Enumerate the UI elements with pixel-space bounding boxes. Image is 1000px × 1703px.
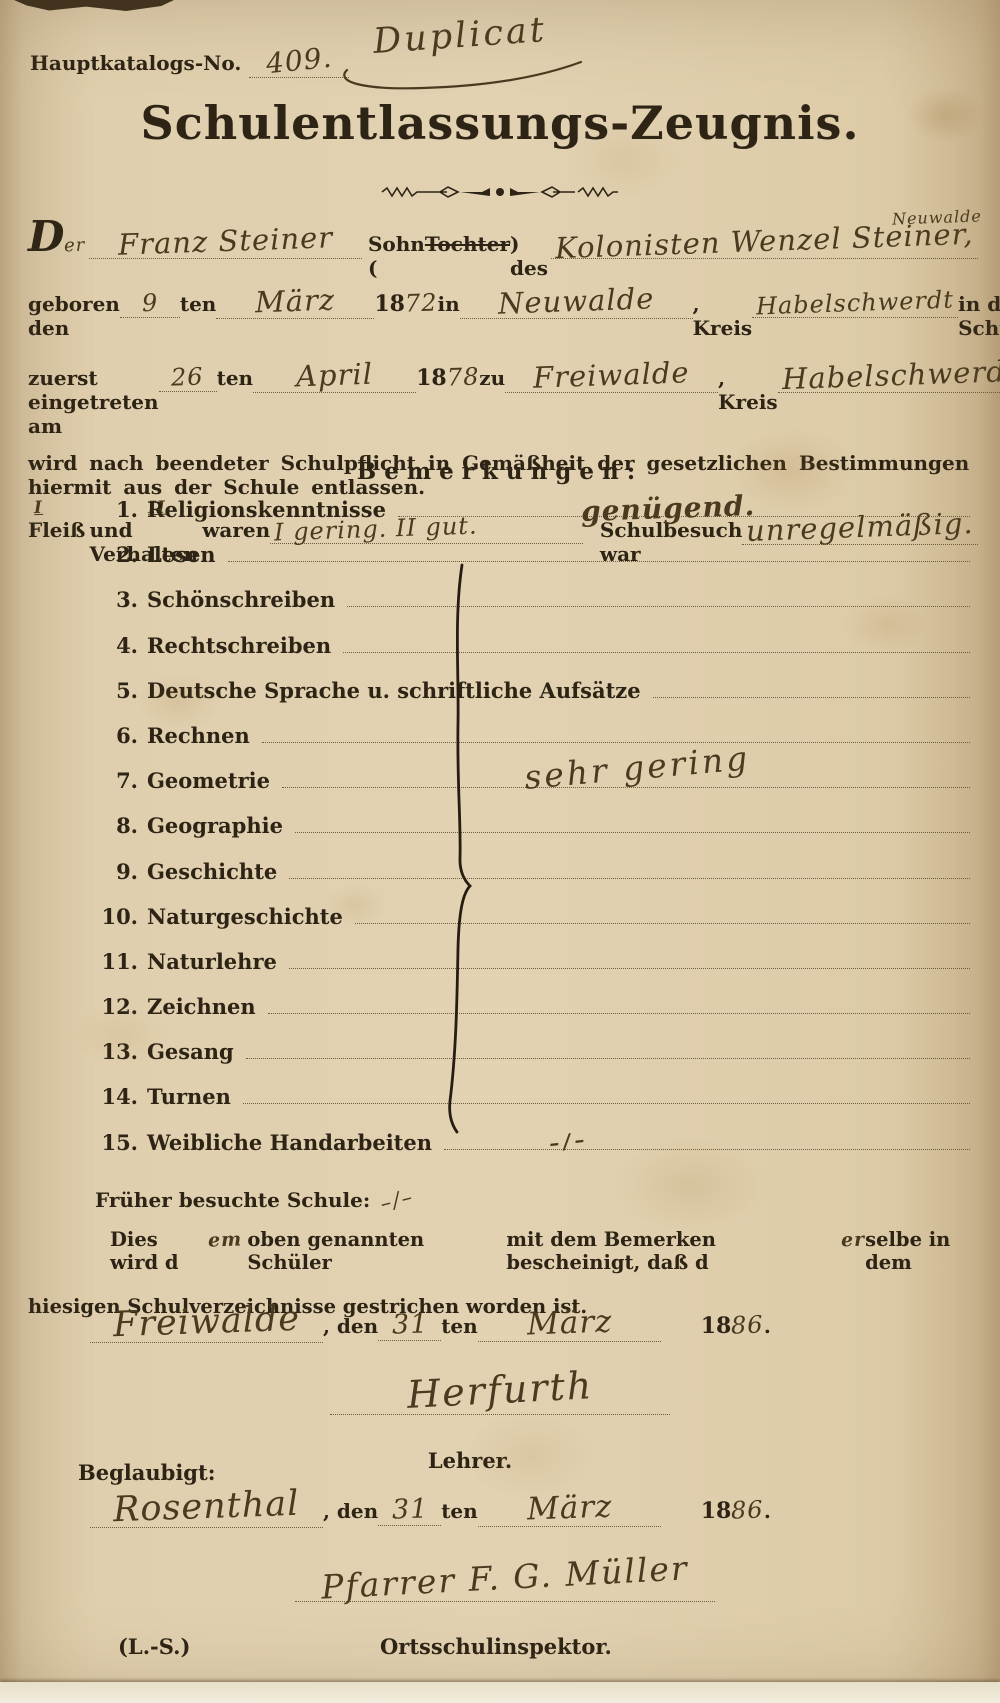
cert-day-field: 31 <box>378 1494 441 1526</box>
dotted-line <box>355 917 970 924</box>
issue-year-value: 86 <box>731 1310 765 1339</box>
issue-ten-label: ten <box>441 1314 478 1338</box>
dotted-line <box>343 646 970 653</box>
subject-number: 2. <box>92 542 147 567</box>
duplicate-text: Duplicat <box>372 10 548 62</box>
zu-label: zu <box>479 366 505 390</box>
subject-label: Gesang <box>147 1039 246 1064</box>
fleiss-mark: I <box>34 498 44 518</box>
subject-label: Lesen <box>147 542 228 567</box>
issue-day-value: 31 <box>391 1308 428 1340</box>
school-label: in die Schule <box>958 292 1000 340</box>
dotted-line: genügend. <box>398 510 970 517</box>
entry-kreis-value: Habelschwerdt <box>781 354 1000 396</box>
tochter-struck-label: Tochter <box>425 232 510 256</box>
birth-year-value: 72 <box>405 288 439 317</box>
torn-edge <box>14 0 174 11</box>
kreis-label-1: , Kreis <box>693 292 753 340</box>
born-label: geboren den <box>28 292 120 340</box>
cert-period: . <box>764 1499 771 1523</box>
ten-label-2: ten <box>217 366 254 390</box>
father-place-note: Neuwalde <box>892 206 982 228</box>
entry-day-value: 26 <box>171 362 205 391</box>
subject-label: Naturgeschichte <box>147 904 355 929</box>
subject-label: Deutsche Sprache u. schriftliche Aufsätz… <box>147 678 653 703</box>
line-student: D er Franz Steiner Sohn ( Tochter ) des … <box>28 216 978 280</box>
subject-row-13: 13. Gesang <box>92 1039 970 1084</box>
birth-month-value: März <box>255 283 336 320</box>
subject-row-8: 8. Geographie <box>92 813 970 858</box>
seal-label: (L.-S.) <box>118 1634 190 1659</box>
student-name-value: Franz Steiner <box>118 220 334 261</box>
issue-den-label: , den <box>323 1314 378 1338</box>
dotted-line: –/– <box>444 1143 970 1150</box>
dotted-line <box>347 600 970 607</box>
entry-day-field: 26 <box>159 363 217 392</box>
dotted-line <box>243 1097 970 1104</box>
subject-row-15: 15. Weibliche Handarbeiten –/– <box>92 1130 970 1175</box>
subject-number: 15. <box>92 1130 147 1155</box>
entry-label: zuerst eingetreten am <box>28 366 159 438</box>
entry-month-value: April <box>296 357 374 394</box>
entry-year-value: 78 <box>446 362 480 391</box>
fleiss-label: Fleiß I <box>28 518 85 542</box>
subject-label: Turnen <box>147 1084 243 1109</box>
birth-day-field: 9 <box>120 289 180 318</box>
cert-place-field: Rosenthal <box>90 1487 323 1528</box>
inspector-title: Ortsschulinspektor. <box>380 1634 612 1659</box>
subject-row-3: 3. Schönschreiben <box>92 587 970 632</box>
initial-letter: D <box>28 216 64 258</box>
inspector-signature: Pfarrer F. G. Müller <box>295 1558 715 1602</box>
initial-suffix: er <box>64 235 86 257</box>
birth-kreis-field: Habelschwerdt <box>752 289 958 318</box>
issue-month-field: März <box>478 1305 661 1342</box>
issue-date-line: Freiwalde , den 31 ten März 18 86 . <box>90 1302 910 1343</box>
father-name-field: Kolonisten Wenzel Steiner, Neuwalde <box>551 224 978 259</box>
subject-number: 14. <box>92 1084 147 1109</box>
cert-month-field: März <box>478 1490 661 1527</box>
teacher-signature-value: Herfurth <box>406 1363 594 1417</box>
subject-number: 6. <box>92 723 147 748</box>
subject-number: 13. <box>92 1039 147 1064</box>
subject-label: Weibliche Handarbeiten <box>147 1130 444 1155</box>
dotted-line <box>289 962 970 969</box>
birth-month-field: März <box>216 284 374 319</box>
subject-row-5: 5. Deutsche Sprache u. schriftliche Aufs… <box>92 678 970 723</box>
subject-label: Rechtschreiben <box>147 633 343 658</box>
subject-row-4: 4. Rechtschreiben <box>92 633 970 678</box>
cert-year-value: 86 <box>731 1495 765 1524</box>
kreis-label-2: , Kreis <box>718 366 778 414</box>
subject-label: Geometrie <box>147 768 282 793</box>
certification-date-line: Rosenthal , den 31 ten März 18 86 . <box>90 1487 910 1528</box>
subject-row-14: 14. Turnen <box>92 1084 970 1129</box>
beglaubigt-label: Beglaubigt: <box>78 1460 215 1485</box>
catalog-number-row: Hauptkatalogs-No. 409. <box>30 44 349 78</box>
subject-number: 12. <box>92 994 147 1019</box>
issue-month-value: März <box>526 1304 613 1343</box>
subject-number: 10. <box>92 904 147 929</box>
cert-ten-label: ten <box>441 1499 478 1523</box>
cert-den-label: , den <box>323 1499 378 1523</box>
former-school-value: –/– <box>378 1184 417 1216</box>
student-name-field: Franz Steiner <box>89 224 362 259</box>
former-school-row: Früher besuchte Schule: –/– <box>95 1188 414 1212</box>
subject-grade-value: genügend. <box>580 489 755 528</box>
document-title: Schulentlassungs-Zeugnis. <box>0 96 1000 150</box>
subject-label: Geschichte <box>147 859 289 884</box>
dotted-line <box>289 872 970 879</box>
subject-number: 7. <box>92 768 147 793</box>
subject-number: 4. <box>92 633 147 658</box>
dotted-line <box>246 1052 970 1059</box>
line-birth: geboren den 9 ten März 18 72 in Neuwalde… <box>28 284 978 340</box>
birth-place-field: Neuwalde <box>460 284 693 319</box>
closing-fill1: em <box>208 1228 243 1251</box>
sohn-label: Sohn ( <box>368 232 425 280</box>
ornament-divider-icon <box>380 183 620 201</box>
entry-century-label: 18 <box>416 365 447 391</box>
issue-place-field: Freiwalde <box>90 1302 323 1343</box>
subject-label: Schönschreiben <box>147 587 347 612</box>
subject-row-11: 11. Naturlehre <box>92 949 970 994</box>
subject-number: 9. <box>92 859 147 884</box>
former-school-label: Früher besuchte Schule: <box>95 1188 370 1212</box>
subject-label: Naturlehre <box>147 949 289 974</box>
dotted-line <box>268 1007 970 1014</box>
issue-period: . <box>764 1314 771 1338</box>
subject-label: Geographie <box>147 813 295 838</box>
issue-century-label: 18 <box>701 1313 732 1339</box>
entry-place-field: Freiwalde <box>505 358 718 393</box>
cert-place-value: Rosenthal <box>113 1484 301 1530</box>
des-label: ) des <box>510 232 548 280</box>
cert-day-value: 31 <box>391 1493 428 1525</box>
subject-row-10: 10. Naturgeschichte <box>92 904 970 949</box>
teacher-signature: Herfurth <box>330 1368 670 1415</box>
catalog-label: Hauptkatalogs-No. <box>30 51 241 75</box>
flourish-underline-icon <box>333 60 585 94</box>
birth-century-label: 18 <box>374 291 405 317</box>
birth-day-value: 9 <box>141 289 158 318</box>
subject-label: Zeichnen <box>147 994 268 1019</box>
closing-part1: Dies wird d <box>110 1228 208 1274</box>
closing-line-1: Dies wird d em oben genannten Schüler mi… <box>28 1228 976 1274</box>
subject-label: Religionskenntnisse <box>147 497 398 522</box>
subject-row-9: 9. Geschichte <box>92 859 970 904</box>
subject-grade-value: –/– <box>548 1126 590 1155</box>
subject-row-2: 2. Lesen <box>92 542 970 587</box>
subject-label: Rechnen <box>147 723 262 748</box>
scan-edge-strip <box>0 1682 1000 1703</box>
entry-place-value: Freiwalde <box>533 355 691 394</box>
duplicate-annotation: Duplicat <box>345 16 575 56</box>
cert-century-label: 18 <box>701 1498 732 1524</box>
closing-part3: mit dem Bemerken bescheinigt, daß d <box>506 1228 841 1274</box>
issue-place-value: Freiwalde <box>112 1299 300 1346</box>
dotted-line <box>262 736 970 743</box>
birth-kreis-value: Habelschwerdt <box>756 286 955 321</box>
line-entry: zuerst eingetreten am 26 ten April 18 78… <box>28 358 978 438</box>
subject-row-12: 12. Zeichnen <box>92 994 970 1039</box>
closing-part2: oben genannten Schüler <box>247 1228 461 1274</box>
subject-row-1: 1. Religionskenntnisse genügend. <box>92 497 970 542</box>
entry-month-field: April <box>253 358 416 393</box>
ten-label-1: ten <box>180 292 217 316</box>
certificate-page: Hauptkatalogs-No. 409. Duplicat Schulent… <box>0 0 1000 1703</box>
subject-number: 11. <box>92 949 147 974</box>
closing-fill2: er <box>841 1229 866 1252</box>
birth-place-value: Neuwalde <box>497 281 654 320</box>
subject-number: 8. <box>92 813 147 838</box>
subject-number: 5. <box>92 678 147 703</box>
dotted-line <box>228 555 970 562</box>
catalog-number-value: 409. <box>265 41 334 81</box>
subjects-list: 1. Religionskenntnisse genügend. 2. Lese… <box>92 497 970 1175</box>
issue-day-field: 31 <box>378 1309 441 1341</box>
dotted-line <box>653 691 970 698</box>
subject-number: 1. <box>92 497 147 522</box>
cert-month-value: März <box>526 1489 613 1528</box>
entry-kreis-field: Habelschwerdt <box>778 358 1000 393</box>
in-label: in <box>438 292 460 316</box>
closing-part4: selbe in dem <box>865 1228 976 1274</box>
dotted-line <box>295 826 970 833</box>
subject-number: 3. <box>92 587 147 612</box>
inspector-signature-value: Pfarrer F. G. Müller <box>320 1548 689 1606</box>
remarks-heading: Bemerkungen: <box>0 458 1000 485</box>
